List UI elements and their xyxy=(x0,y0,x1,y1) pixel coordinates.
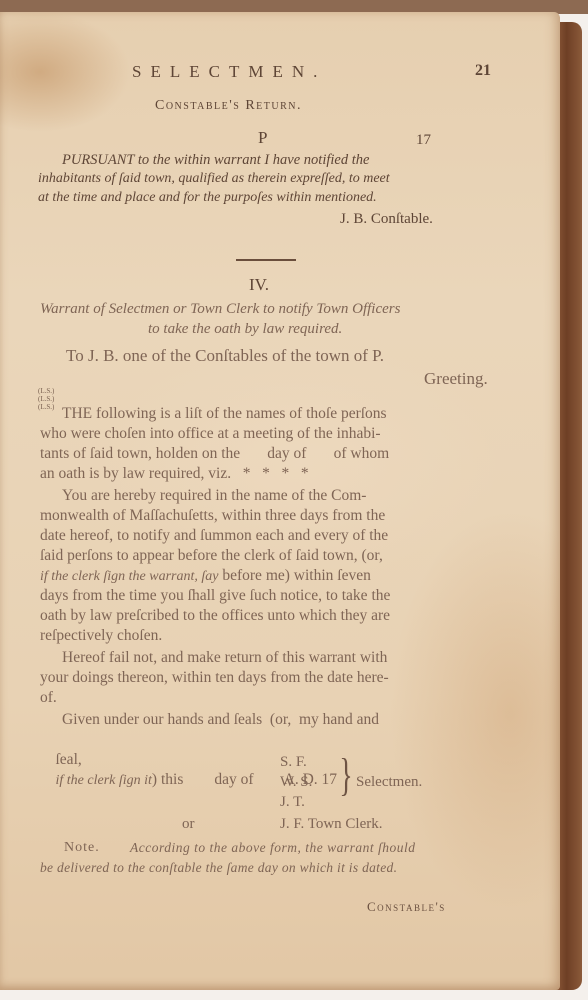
address-line: To J. B. one of the Conſtables of the to… xyxy=(66,346,384,366)
page-number: 21 xyxy=(475,62,491,80)
return-line: inhabitants of ſaid town, qualified as t… xyxy=(38,169,390,189)
paragraph2-line: if the clerk ſign the warrant, ſay befor… xyxy=(40,566,371,587)
note-line: According to the above form, the warrant… xyxy=(130,838,415,858)
signatory: J. T. xyxy=(280,792,305,812)
paragraph1-line: tants of ſaid town, holden on the day of… xyxy=(40,444,389,464)
return-line: at the time and place and for the purpoſ… xyxy=(38,188,377,208)
return-line: PURSUANT to the within warrant I have no… xyxy=(62,150,369,170)
form-title-line: to take the oath by law required. xyxy=(148,319,342,339)
selectmen-label: Selectmen. xyxy=(356,772,422,792)
book-page: SELECTMEN. 21 Constable's Return. P 17 P… xyxy=(0,12,560,990)
paragraph3-line: of. xyxy=(40,688,57,708)
or-label: or xyxy=(182,814,195,834)
town-clerk-signature: J. F. Town Clerk. xyxy=(280,814,382,834)
paragraph2-line: oath by law preſcribed to the offices un… xyxy=(40,606,390,626)
section-divider xyxy=(236,259,296,261)
paragraph4-line: Given under our hands and ſeals (or, my … xyxy=(62,710,379,730)
paragraph2-line: monwealth of Maſſachuſetts, within three… xyxy=(40,506,385,526)
greeting: Greeting. xyxy=(424,369,488,389)
section-title: Constable's Return. xyxy=(155,98,302,114)
brace-icon: } xyxy=(339,752,352,798)
paragraph1-line: THE following is a liſt of the names of … xyxy=(62,404,387,424)
form-title-line: Warrant of Selectmen or Town Clerk to no… xyxy=(40,299,400,319)
note-line: be delivered to the conſtable the ſame d… xyxy=(40,858,397,878)
return-year: 17 xyxy=(416,130,431,150)
constable-signature: J. B. Conſtable. xyxy=(340,209,433,229)
paragraph2-line: ſaid perſons to appear before the clerk … xyxy=(40,546,383,566)
paragraph2-line: reſpectively choſen. xyxy=(40,626,162,646)
form-numeral: IV. xyxy=(249,275,269,295)
paragraph2-line: days from the time you ſhall give ſuch n… xyxy=(40,586,390,606)
catchword: Constable's xyxy=(367,899,446,915)
signatory: W. S. xyxy=(280,772,312,792)
clerk-sign-clause: if the clerk ſign the warrant, ſay xyxy=(40,569,218,584)
place-initial: P xyxy=(258,128,267,148)
paragraph2-line: date hereof, to notify and ſummon each a… xyxy=(40,526,388,546)
running-head: SELECTMEN. xyxy=(132,62,326,82)
seal-marks: (L.S.) (L.S.) (L.S.) xyxy=(38,387,54,411)
note-label: Note. xyxy=(64,838,100,858)
paragraph3-line: your doings thereon, within ten days fro… xyxy=(40,668,389,688)
paragraph1-line: who were choſen into office at a meeting… xyxy=(40,424,381,444)
paragraph3-line: Hereof fail not, and make return of this… xyxy=(62,648,387,668)
paragraph2-line: You are hereby required in the name of t… xyxy=(62,486,366,506)
signatory: S. F. xyxy=(280,752,307,772)
paragraph1-line: an oath is by law required, viz. * * * * xyxy=(40,464,309,484)
